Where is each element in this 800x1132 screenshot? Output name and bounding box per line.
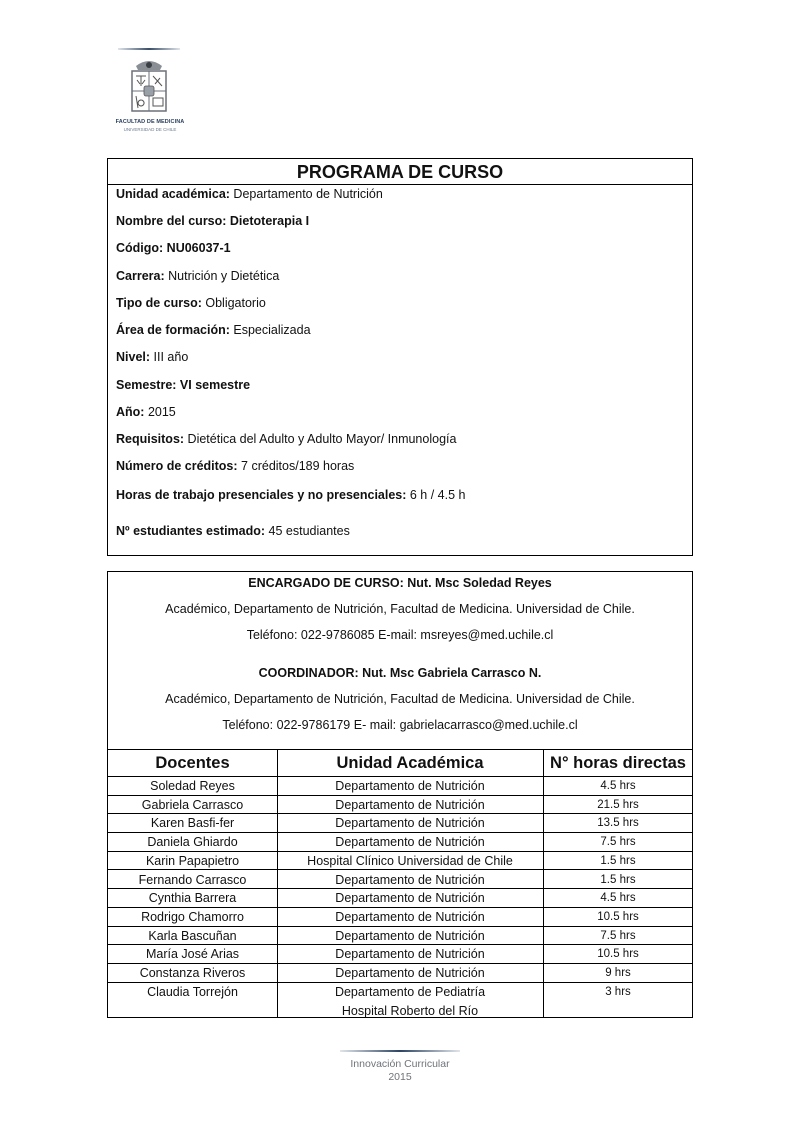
table-row: Claudia TorrejónDepartamento de Pediatrí… xyxy=(108,983,692,1023)
table-row: Constanza RiverosDepartamento de Nutrici… xyxy=(108,964,692,983)
course-staff-box: ENCARGADO DE CURSO: Nut. Msc Soledad Rey… xyxy=(107,571,693,1018)
encargado-title: ENCARGADO DE CURSO: Nut. Msc Soledad Rey… xyxy=(108,576,692,590)
docente-unit: Departamento de Nutrición xyxy=(277,927,543,945)
program-field: Nivel: III año xyxy=(116,350,188,364)
docente-name: Daniela Ghiardo xyxy=(108,833,277,851)
program-field: Código: NU06037-1 xyxy=(116,241,231,255)
docente-name: Rodrigo Chamorro xyxy=(108,908,277,926)
program-field: Nº estudiantes estimado: 45 estudiantes xyxy=(116,524,350,538)
docente-hours: 7.5 hrs xyxy=(543,833,693,851)
program-field: Horas de trabajo presenciales y no prese… xyxy=(116,488,465,502)
docente-unit: Departamento de Nutrición xyxy=(277,945,543,963)
docente-unit: Departamento de Nutrición xyxy=(277,796,543,814)
docente-hours: 3 hrs xyxy=(543,983,693,1001)
program-field: Número de créditos: 7 créditos/189 horas xyxy=(116,459,354,473)
field-label: Tipo de curso: xyxy=(116,296,202,310)
program-field: Unidad académica: Departamento de Nutric… xyxy=(116,187,383,201)
program-field: Nombre del curso: Dietoterapia I xyxy=(116,214,309,228)
coordinador-title: COORDINADOR: Nut. Msc Gabriela Carrasco … xyxy=(108,666,692,680)
docente-hours: 4.5 hrs xyxy=(543,777,693,795)
program-title: PROGRAMA DE CURSO xyxy=(108,159,692,185)
footer-line-1: Innovación Curricular xyxy=(340,1058,460,1071)
docente-hours: 13.5 hrs xyxy=(543,814,693,832)
field-label: Horas de trabajo presenciales y no prese… xyxy=(116,488,406,502)
table-row: Daniela GhiardoDepartamento de Nutrición… xyxy=(108,833,692,852)
field-value: III año xyxy=(150,350,188,364)
table-row: Karin PapapietroHospital Clínico Univers… xyxy=(108,852,692,871)
field-label: Nivel: xyxy=(116,350,150,364)
field-label: Requisitos: xyxy=(116,432,184,446)
logo-top-rule xyxy=(118,48,180,50)
field-label: Carrera: xyxy=(116,269,165,283)
program-field: Tipo de curso: Obligatorio xyxy=(116,296,266,310)
field-value: Nutrición y Dietética xyxy=(165,269,280,283)
docente-hours: 7.5 hrs xyxy=(543,927,693,945)
docente-name: Soledad Reyes xyxy=(108,777,277,795)
table-row: María José AriasDepartamento de Nutrició… xyxy=(108,945,692,964)
field-value: 7 créditos/189 horas xyxy=(238,459,355,473)
docente-hours: 4.5 hrs xyxy=(543,889,693,907)
docente-name: Gabriela Carrasco xyxy=(108,796,277,814)
docente-name: Constanza Riveros xyxy=(108,964,277,982)
docente-name: Cynthia Barrera xyxy=(108,889,277,907)
docente-hours: 1.5 hrs xyxy=(543,871,693,889)
program-field: Requisitos: Dietética del Adulto y Adult… xyxy=(116,432,456,446)
field-label: Unidad académica: xyxy=(116,187,230,201)
docente-name: Karin Papapietro xyxy=(108,852,277,870)
table-row: Karen Basfi-ferDepartamento de Nutrición… xyxy=(108,814,692,833)
field-label: Nº estudiantes estimado: xyxy=(116,524,265,538)
docente-name: Karla Bascuñan xyxy=(108,927,277,945)
header-unidad-academica: Unidad Académica xyxy=(277,750,543,776)
header-docentes: Docentes xyxy=(108,750,277,776)
docente-name: María José Arias xyxy=(108,945,277,963)
docente-unit: Departamento de Nutrición xyxy=(277,814,543,832)
field-value: Especializada xyxy=(230,323,311,337)
footer-line-2: 2015 xyxy=(340,1071,460,1084)
docente-hours: 1.5 hrs xyxy=(543,852,693,870)
docente-unit: Departamento de Nutrición xyxy=(277,889,543,907)
docente-unit: Departamento de Nutrición xyxy=(277,777,543,795)
docente-unit: Departamento de Nutrición xyxy=(277,964,543,982)
docente-hours: 10.5 hrs xyxy=(543,945,693,963)
field-label: Nombre del curso: Dietoterapia I xyxy=(116,214,309,228)
field-value: Dietética del Adulto y Adulto Mayor/ Inm… xyxy=(184,432,456,446)
field-label: Semestre: VI semestre xyxy=(116,378,250,392)
docente-hours: 10.5 hrs xyxy=(543,908,693,926)
field-value: 6 h / 4.5 h xyxy=(406,488,465,502)
docente-unit: Departamento de Nutrición xyxy=(277,908,543,926)
docente-unit: Hospital Clínico Universidad de Chile xyxy=(277,852,543,870)
program-field: Carrera: Nutrición y Dietética xyxy=(116,269,279,283)
program-field: Año: 2015 xyxy=(116,405,176,419)
field-label: Código: NU06037-1 xyxy=(116,241,231,255)
coordinador-affiliation: Académico, Departamento de Nutrición, Fa… xyxy=(108,692,692,706)
docente-name: Fernando Carrasco xyxy=(108,871,277,889)
logo-faculty-name: FACULTAD DE MEDICINA xyxy=(112,119,188,125)
table-row: Gabriela CarrascoDepartamento de Nutrici… xyxy=(108,796,692,815)
program-field: Semestre: VI semestre xyxy=(116,378,250,392)
footer-rule xyxy=(340,1050,460,1052)
coordinador-contact: Teléfono: 022-9786179 E- mail: gabrielac… xyxy=(108,718,692,732)
logo-university-name: UNIVERSIDAD DE CHILE xyxy=(112,127,188,132)
program-field: Área de formación: Especializada xyxy=(116,323,311,337)
table-row: Soledad ReyesDepartamento de Nutrición4.… xyxy=(108,777,692,796)
table-row: Fernando CarrascoDepartamento de Nutrici… xyxy=(108,871,692,890)
table-row: Rodrigo ChamorroDepartamento de Nutrició… xyxy=(108,908,692,927)
table-header-row: Docentes Unidad Académica N° horas direc… xyxy=(108,750,692,777)
field-label: Área de formación: xyxy=(116,323,230,337)
faculty-logo: FACULTAD DE MEDICINA UNIVERSIDAD DE CHIL… xyxy=(112,48,188,140)
header-horas-directas: N° horas directas xyxy=(543,750,693,776)
footer: Innovación Curricular 2015 xyxy=(340,1050,460,1084)
encargado-affiliation: Académico, Departamento de Nutrición, Fa… xyxy=(108,602,692,616)
field-label: Número de créditos: xyxy=(116,459,238,473)
docente-name: Karen Basfi-fer xyxy=(108,814,277,832)
table-row: Karla BascuñanDepartamento de Nutrición7… xyxy=(108,927,692,946)
course-program-box: PROGRAMA DE CURSO Unidad académica: Depa… xyxy=(107,158,693,556)
docente-unit-line-2: Hospital Roberto del Río xyxy=(277,1002,543,1020)
university-shield-icon xyxy=(126,58,172,116)
docente-hours: 21.5 hrs xyxy=(543,796,693,814)
docente-unit: Departamento de Nutrición xyxy=(277,871,543,889)
docente-unit: Departamento de Nutrición xyxy=(277,833,543,851)
field-label: Año: xyxy=(116,405,144,419)
docente-unit: Departamento de Pediatría xyxy=(277,983,543,1001)
docente-name: Claudia Torrejón xyxy=(108,983,277,1001)
field-value: 45 estudiantes xyxy=(265,524,350,538)
docente-hours: 9 hrs xyxy=(543,964,693,982)
encargado-contact: Teléfono: 022-9786085 E-mail: msreyes@me… xyxy=(108,628,692,642)
field-value: 2015 xyxy=(144,405,175,419)
table-row: Cynthia BarreraDepartamento de Nutrición… xyxy=(108,889,692,908)
docentes-table: Docentes Unidad Académica N° horas direc… xyxy=(108,749,692,1017)
field-value: Obligatorio xyxy=(202,296,266,310)
field-value: Departamento de Nutrición xyxy=(230,187,383,201)
